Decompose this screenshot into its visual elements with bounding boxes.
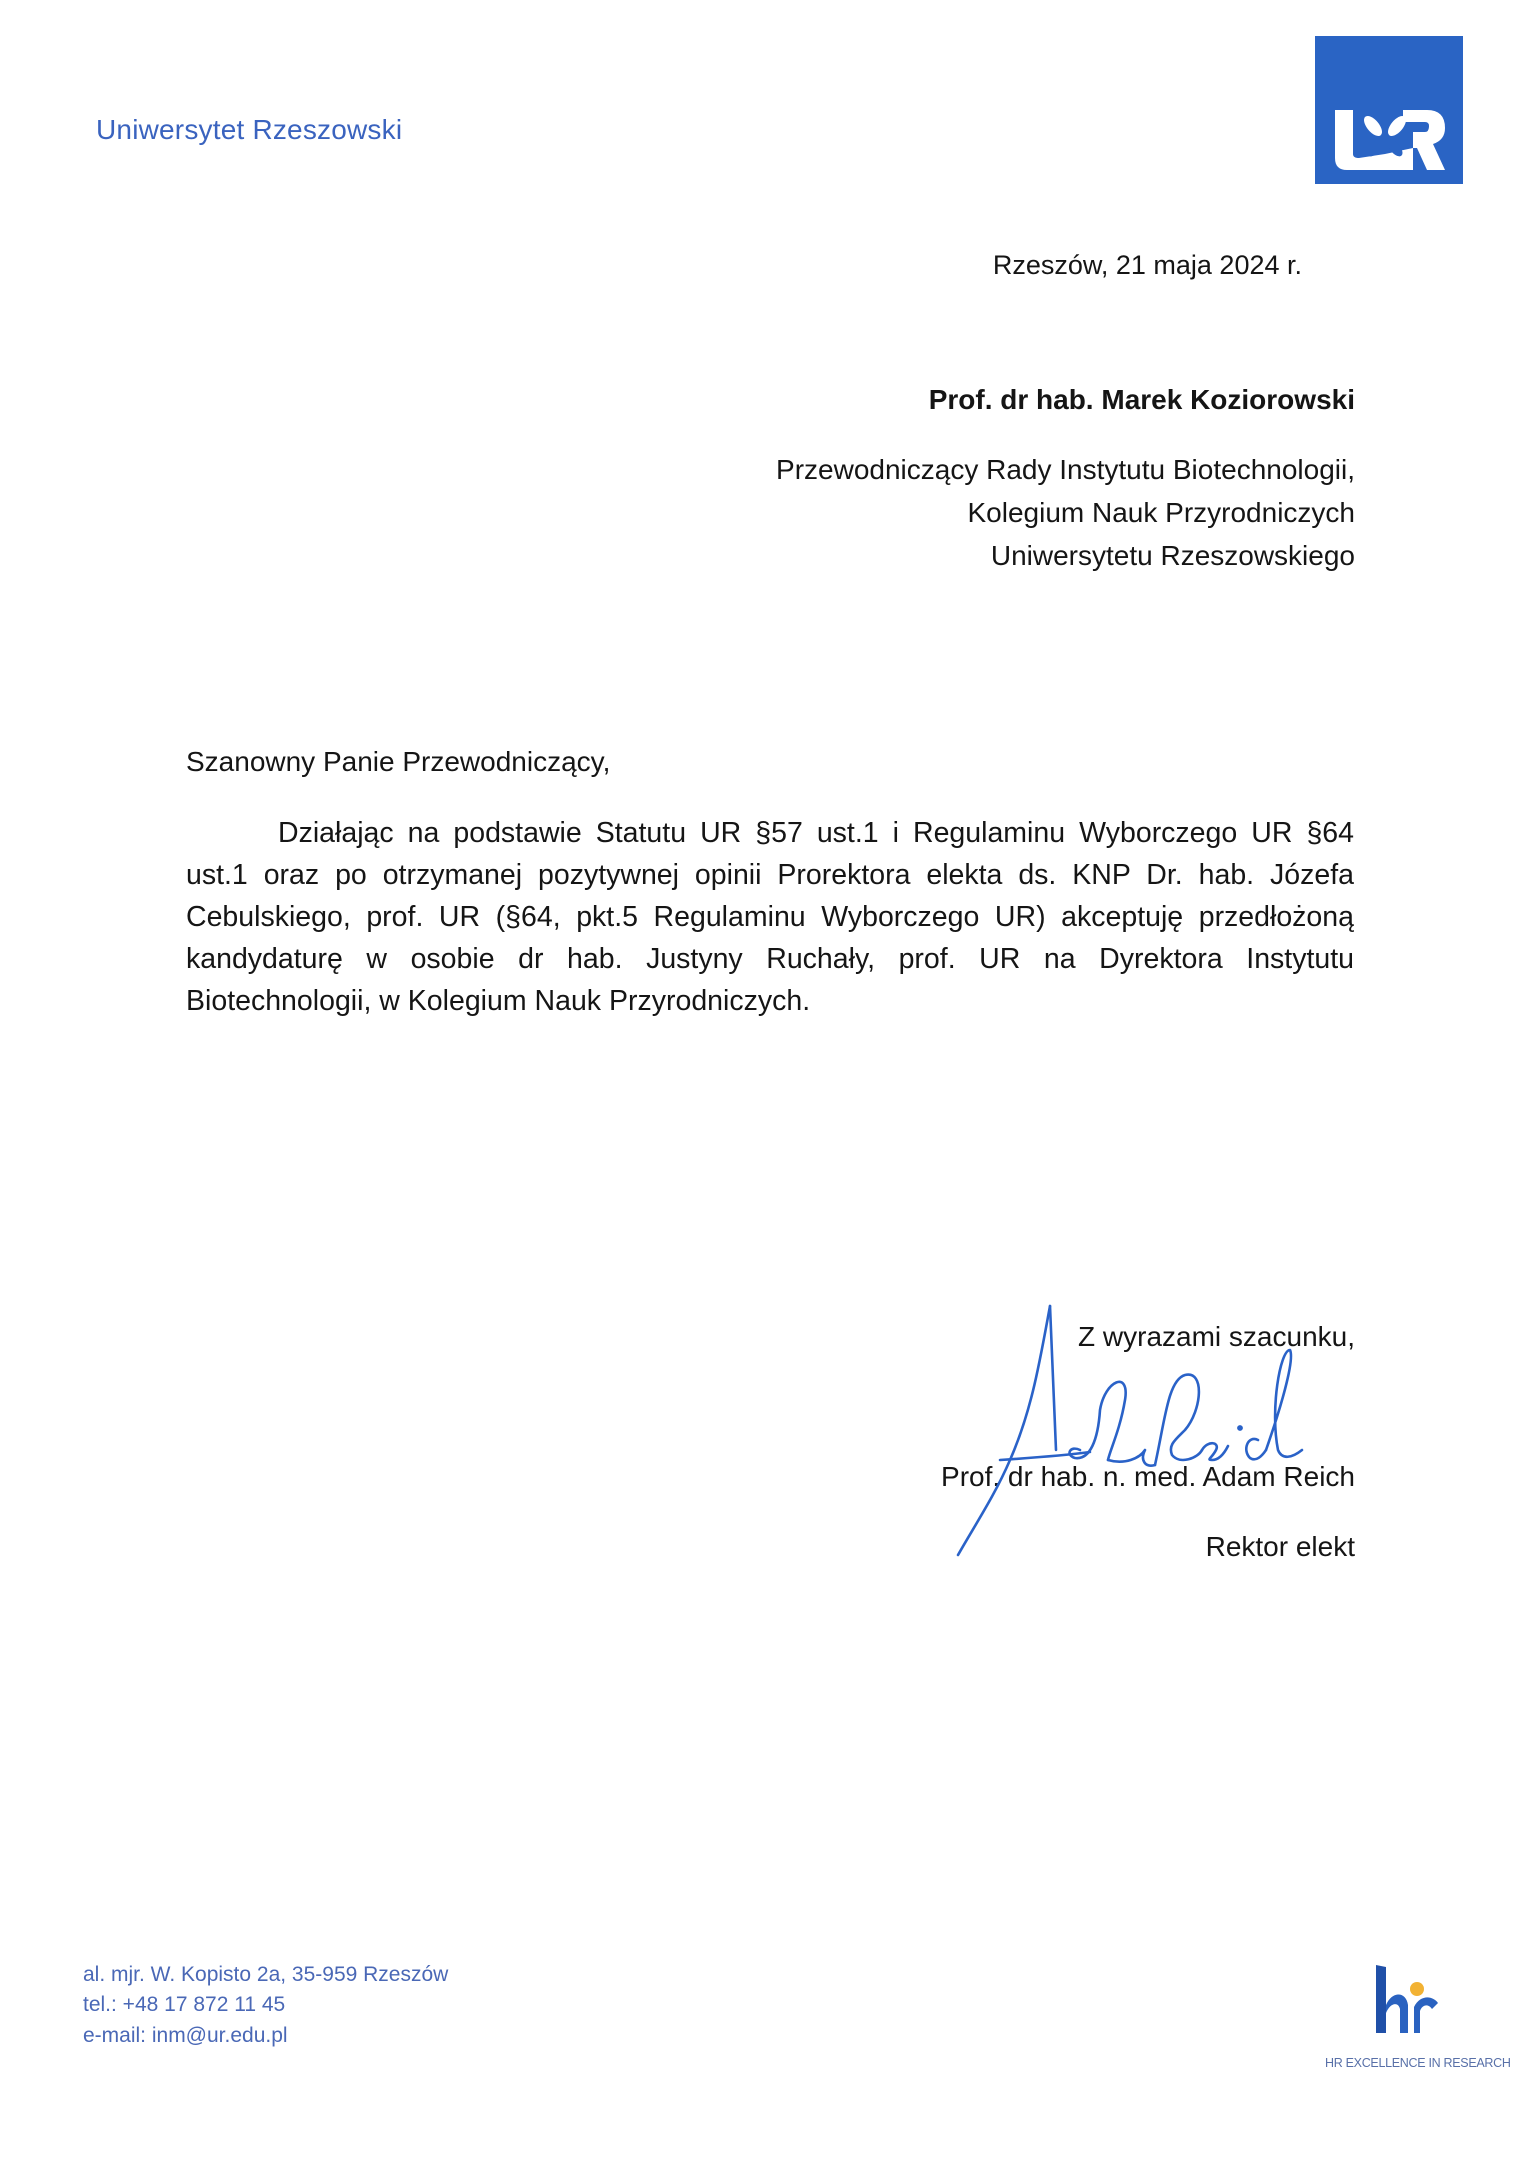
ur-logo-icon [1315, 36, 1463, 184]
handwritten-signature-icon [940, 1300, 1340, 1580]
place-date: Rzeszów, 21 maja 2024 r. [993, 250, 1302, 281]
footer-email[interactable]: e-mail: inm@ur.edu.pl [83, 2024, 288, 2048]
letter-body: Działając na podstawie Statutu UR §57 us… [186, 812, 1354, 1022]
addressee-line: Kolegium Nauk Przyrodniczych [968, 497, 1356, 529]
addressee-line: Przewodniczący Rady Instytutu Biotechnol… [776, 454, 1355, 486]
salutation: Szanowny Panie Przewodniczący, [186, 746, 610, 778]
institution-name: Uniwersytet Rzeszowski [96, 114, 402, 146]
footer-phone: tel.: +48 17 872 11 45 [83, 1993, 285, 2017]
addressee-name: Prof. dr hab. Marek Koziorowski [929, 384, 1355, 416]
hr-logo-caption: HR EXCELLENCE IN RESEARCH [1325, 2056, 1511, 2070]
footer-address: al. mjr. W. Kopisto 2a, 35-959 Rzeszów [83, 1963, 448, 1987]
addressee-line: Uniwersytetu Rzeszowskiego [991, 540, 1355, 572]
body-paragraph: Działając na podstawie Statutu UR §57 us… [186, 812, 1354, 1022]
